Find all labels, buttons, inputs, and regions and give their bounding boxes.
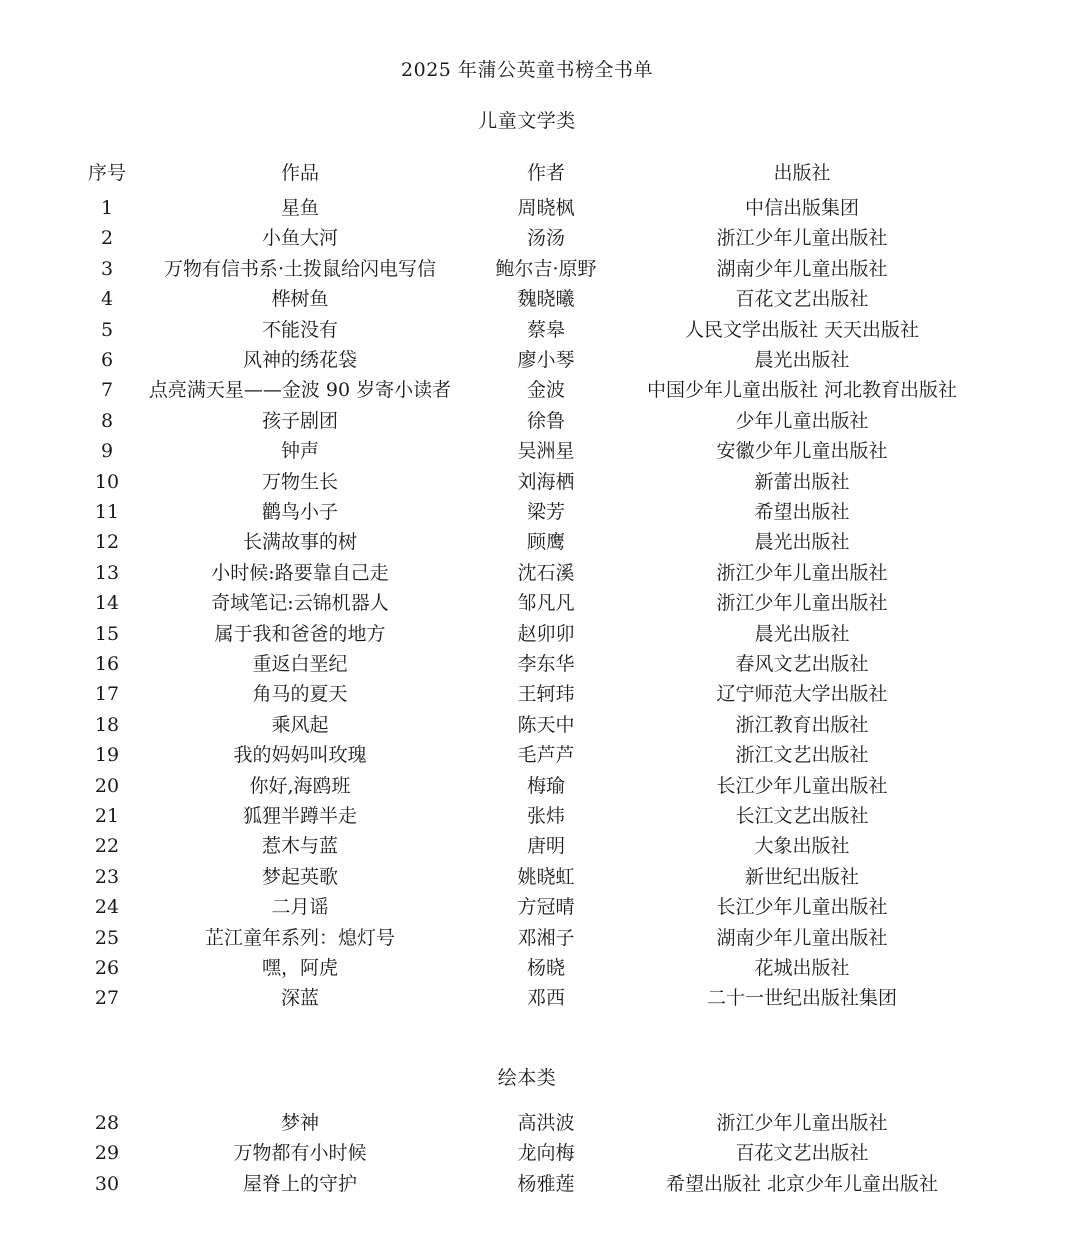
row-title: 狐狸半蹲半走 (120, 801, 480, 831)
row-title: 屋脊上的守护 (120, 1169, 480, 1199)
table-row: 6风神的绣花袋廖小琴晨光出版社 (0, 345, 1080, 375)
row-publisher: 少年儿童出版社 (602, 406, 1002, 436)
row-publisher: 大象出版社 (602, 831, 1002, 861)
table-header-row: 序号 作品 作者 出版社 (0, 158, 1080, 188)
table-row: 10万物生长刘海栖新蕾出版社 (0, 467, 1080, 497)
table-row: 20你好,海鸥班梅瑜长江少年儿童出版社 (0, 771, 1080, 801)
table-row: 22惹木与蓝唐明大象出版社 (0, 831, 1080, 861)
table-row: 4桦树鱼魏晓曦百花文艺出版社 (0, 284, 1080, 314)
row-publisher: 晨光出版社 (602, 345, 1002, 375)
row-publisher: 花城出版社 (602, 953, 1002, 983)
row-title: 我的妈妈叫玫瑰 (120, 740, 480, 770)
row-title: 重返白垩纪 (120, 649, 480, 679)
row-title: 角马的夏天 (120, 679, 480, 709)
table-row: 14奇域笔记:云锦机器人邹凡凡浙江少年儿童出版社 (0, 588, 1080, 618)
section-title-children-literature: 儿童文学类 (0, 106, 1054, 133)
row-title: 星鱼 (120, 193, 480, 223)
row-title: 钟声 (120, 436, 480, 466)
row-publisher: 晨光出版社 (602, 527, 1002, 557)
row-publisher: 二十一世纪出版社集团 (602, 983, 1002, 1013)
row-publisher: 长江少年儿童出版社 (602, 892, 1002, 922)
row-publisher: 新世纪出版社 (602, 862, 1002, 892)
row-publisher: 希望出版社 (602, 497, 1002, 527)
table-row: 3万物有信书系·土拨鼠给闪电写信鲍尔吉·原野湖南少年儿童出版社 (0, 254, 1080, 284)
row-publisher: 希望出版社 北京少年儿童出版社 (602, 1169, 1002, 1199)
row-title: 你好,海鸥班 (120, 771, 480, 801)
row-title: 惹木与蓝 (120, 831, 480, 861)
row-publisher: 百花文艺出版社 (602, 284, 1002, 314)
header-title: 作品 (120, 158, 480, 188)
table-row: 18乘风起陈天中浙江教育出版社 (0, 710, 1080, 740)
row-publisher: 浙江少年儿童出版社 (602, 223, 1002, 253)
row-title: 深蓝 (120, 983, 480, 1013)
row-publisher: 湖南少年儿童出版社 (602, 923, 1002, 953)
table-row: 16重返白垩纪李东华春风文艺出版社 (0, 649, 1080, 679)
row-publisher: 中信出版集团 (602, 193, 1002, 223)
row-publisher: 晨光出版社 (602, 619, 1002, 649)
row-publisher: 长江文艺出版社 (602, 801, 1002, 831)
table-row: 9钟声吴洲星安徽少年儿童出版社 (0, 436, 1080, 466)
table-row: 26嘿，阿虎杨晓花城出版社 (0, 953, 1080, 983)
row-title: 点亮满天星——金波 90 岁寄小读者 (120, 375, 480, 405)
row-publisher: 人民文学出版社 天天出版社 (602, 315, 1002, 345)
table-row: 11鹳鸟小子梁芳希望出版社 (0, 497, 1080, 527)
row-publisher: 安徽少年儿童出版社 (602, 436, 1002, 466)
row-title: 鹳鸟小子 (120, 497, 480, 527)
row-title: 长满故事的树 (120, 527, 480, 557)
table-row: 5不能没有蔡皋人民文学出版社 天天出版社 (0, 315, 1080, 345)
row-title: 芷江童年系列：熄灯号 (120, 923, 480, 953)
row-publisher: 百花文艺出版社 (602, 1138, 1002, 1168)
row-title: 风神的绣花袋 (120, 345, 480, 375)
row-title: 万物有信书系·土拨鼠给闪电写信 (120, 254, 480, 284)
row-publisher: 湖南少年儿童出版社 (602, 254, 1002, 284)
table-row: 8孩子剧团徐鲁少年儿童出版社 (0, 406, 1080, 436)
row-publisher: 浙江少年儿童出版社 (602, 588, 1002, 618)
row-title: 奇域笔记:云锦机器人 (120, 588, 480, 618)
table-row: 17角马的夏天王轲玮辽宁师范大学出版社 (0, 679, 1080, 709)
table-row: 12长满故事的树顾鹰晨光出版社 (0, 527, 1080, 557)
table-row: 29万物都有小时候龙向梅百花文艺出版社 (0, 1138, 1080, 1168)
row-title: 属于我和爸爸的地方 (120, 619, 480, 649)
row-publisher: 浙江少年儿童出版社 (602, 1108, 1002, 1138)
table-row: 28梦神高洪波浙江少年儿童出版社 (0, 1108, 1080, 1138)
table-row: 27深蓝邓西二十一世纪出版社集团 (0, 983, 1080, 1013)
row-publisher: 中国少年儿童出版社 河北教育出版社 (602, 375, 1002, 405)
section-title-picture-books: 绘本类 (0, 1063, 1054, 1090)
row-title: 二月谣 (120, 892, 480, 922)
table-row: 24二月谣方冠晴长江少年儿童出版社 (0, 892, 1080, 922)
row-title: 不能没有 (120, 315, 480, 345)
row-publisher: 浙江教育出版社 (602, 710, 1002, 740)
row-title: 桦树鱼 (120, 284, 480, 314)
row-publisher: 浙江文艺出版社 (602, 740, 1002, 770)
row-title: 嘿，阿虎 (120, 953, 480, 983)
row-publisher: 辽宁师范大学出版社 (602, 679, 1002, 709)
table-row: 7点亮满天星——金波 90 岁寄小读者金波中国少年儿童出版社 河北教育出版社 (0, 375, 1080, 405)
table-row: 15属于我和爸爸的地方赵卯卯晨光出版社 (0, 619, 1080, 649)
row-title: 梦神 (120, 1108, 480, 1138)
table-row: 13小时候:路要靠自己走沈石溪浙江少年儿童出版社 (0, 558, 1080, 588)
row-title: 万物生长 (120, 467, 480, 497)
header-publisher: 出版社 (602, 158, 1002, 188)
table-row: 23梦起英歌姚晓虹新世纪出版社 (0, 862, 1080, 892)
row-title: 孩子剧团 (120, 406, 480, 436)
table-row: 25芷江童年系列：熄灯号邓湘子湖南少年儿童出版社 (0, 923, 1080, 953)
table-row: 21狐狸半蹲半走张炜长江文艺出版社 (0, 801, 1080, 831)
row-publisher: 长江少年儿童出版社 (602, 771, 1002, 801)
row-title: 小鱼大河 (120, 223, 480, 253)
row-publisher: 新蕾出版社 (602, 467, 1002, 497)
row-title: 万物都有小时候 (120, 1138, 480, 1168)
table-row: 2小鱼大河汤汤浙江少年儿童出版社 (0, 223, 1080, 253)
document-title: 2025 年蒲公英童书榜全书单 (0, 55, 1054, 82)
row-title: 乘风起 (120, 710, 480, 740)
row-publisher: 春风文艺出版社 (602, 649, 1002, 679)
table-row: 1星鱼周晓枫中信出版集团 (0, 193, 1080, 223)
table-row: 19我的妈妈叫玫瑰毛芦芦浙江文艺出版社 (0, 740, 1080, 770)
row-title: 梦起英歌 (120, 862, 480, 892)
row-title: 小时候:路要靠自己走 (120, 558, 480, 588)
row-publisher: 浙江少年儿童出版社 (602, 558, 1002, 588)
table-row: 30屋脊上的守护杨雅莲希望出版社 北京少年儿童出版社 (0, 1169, 1080, 1199)
